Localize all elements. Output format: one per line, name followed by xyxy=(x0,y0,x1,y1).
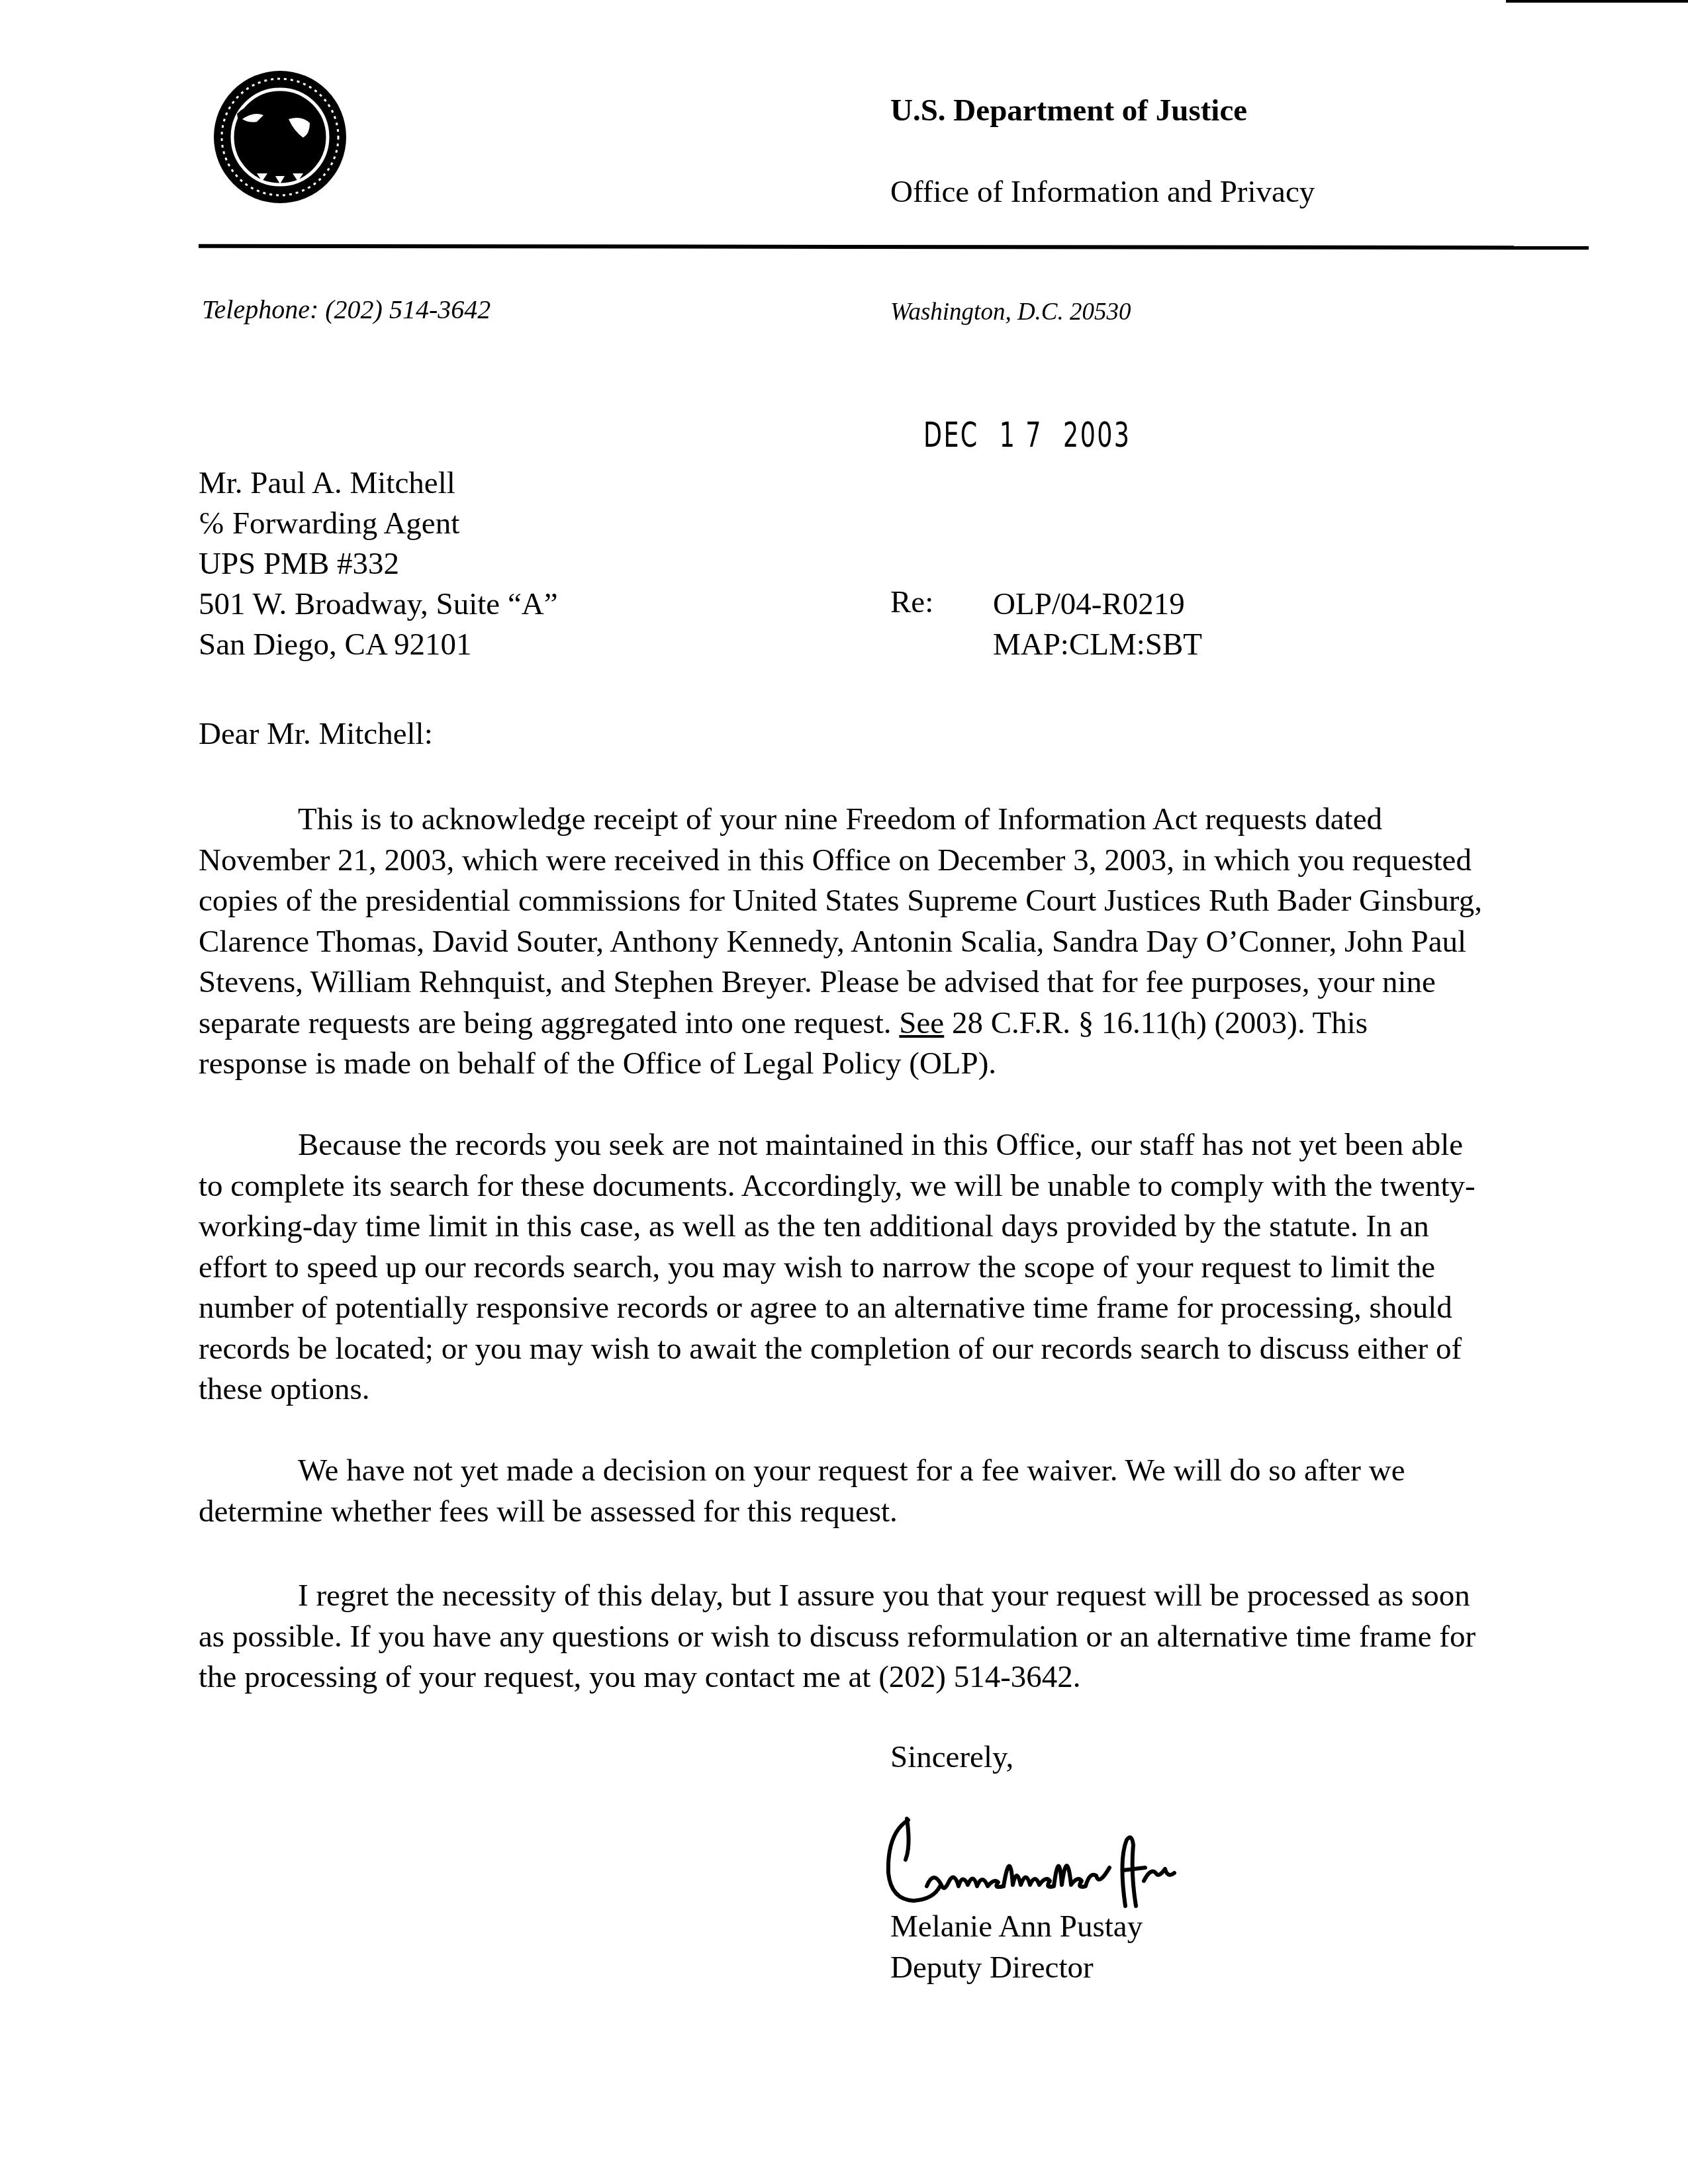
reference-label: Re: xyxy=(890,584,933,620)
closing: Sincerely, xyxy=(890,1739,1013,1775)
paragraph-line: response is made on behalf of the Office… xyxy=(199,1044,1556,1085)
paragraph-line: November 21, 2003, which were received i… xyxy=(199,841,1556,882)
recipient-address: Mr. Paul A. Mitchell ℅ Forwarding Agent … xyxy=(199,463,558,665)
paragraph-search-delay: Because the records you seek are not mai… xyxy=(199,1125,1556,1410)
paragraph-line: records be located; or you may wish to a… xyxy=(199,1329,1556,1370)
text-segment: 28 C.F.R. § 16.11(h) (2003). This xyxy=(944,1006,1368,1040)
date-month: DEC xyxy=(923,416,979,455)
date-stamp: DEC1 72003 xyxy=(923,416,1131,455)
paragraph-line: copies of the presidential commissions f… xyxy=(199,881,1556,922)
office-location: Washington, D.C. 20530 xyxy=(890,298,1131,326)
paragraph-line: as possible. If you have any questions o… xyxy=(199,1617,1556,1658)
paragraph-line: Because the records you seek are not mai… xyxy=(199,1125,1556,1166)
paragraph-fee-waiver: We have not yet made a decision on your … xyxy=(199,1451,1556,1532)
date-day: 1 7 xyxy=(1000,416,1043,455)
paragraph-line: effort to speed up our records search, y… xyxy=(199,1248,1556,1289)
recipient-name: Mr. Paul A. Mitchell xyxy=(199,463,558,504)
paragraph-line: working-day time limit in this case, as … xyxy=(199,1206,1556,1248)
reference-numbers: OLP/04-R0219 MAP:CLM:SBT xyxy=(993,584,1202,665)
paragraph-line: the processing of your request, you may … xyxy=(199,1657,1556,1698)
signer-block: Melanie Ann Pustay Deputy Director xyxy=(890,1906,1143,1988)
text-segment: separate requests are being aggregated i… xyxy=(199,1006,899,1040)
signer-name: Melanie Ann Pustay xyxy=(890,1906,1143,1947)
scan-edge-line xyxy=(1506,0,1688,3)
paragraph-line: This is to acknowledge receipt of your n… xyxy=(199,799,1556,841)
recipient-city: San Diego, CA 92101 xyxy=(199,625,558,665)
citation-signal: See xyxy=(899,1006,944,1040)
paragraph-acknowledgement: This is to acknowledge receipt of your n… xyxy=(199,799,1556,1085)
paragraph-line: I regret the necessity of this delay, bu… xyxy=(199,1576,1556,1617)
doj-seal-icon xyxy=(211,68,350,206)
paragraph-line: Clarence Thomas, David Souter, Anthony K… xyxy=(199,922,1556,963)
request-number: OLP/04-R0219 xyxy=(993,584,1202,625)
letterhead-divider xyxy=(199,244,1589,250)
paragraph-line: We have not yet made a decision on your … xyxy=(199,1451,1556,1492)
department-name: U.S. Department of Justice xyxy=(890,93,1247,128)
paragraph-line: these options. xyxy=(199,1369,1556,1410)
recipient-care-of: ℅ Forwarding Agent xyxy=(199,504,558,544)
date-year: 2003 xyxy=(1063,416,1131,455)
paragraph-line: determine whether fees will be assessed … xyxy=(199,1492,1556,1533)
recipient-box: UPS PMB #332 xyxy=(199,544,558,584)
office-name: Office of Information and Privacy xyxy=(890,174,1315,210)
office-telephone: Telephone: (202) 514-3642 xyxy=(202,294,491,325)
salutation: Dear Mr. Mitchell: xyxy=(199,716,433,752)
paragraph-line: number of potentially responsive records… xyxy=(199,1288,1556,1329)
paragraph-line: separate requests are being aggregated i… xyxy=(199,1003,1556,1044)
signer-title: Deputy Director xyxy=(890,1947,1143,1988)
paragraph-line: Stevens, William Rehnquist, and Stephen … xyxy=(199,962,1556,1003)
paragraph-line: to complete its search for these documen… xyxy=(199,1166,1556,1207)
recipient-street: 501 W. Broadway, Suite “A” xyxy=(199,584,558,625)
paragraph-contact: I regret the necessity of this delay, bu… xyxy=(199,1576,1556,1698)
reference-initials: MAP:CLM:SBT xyxy=(993,625,1202,665)
